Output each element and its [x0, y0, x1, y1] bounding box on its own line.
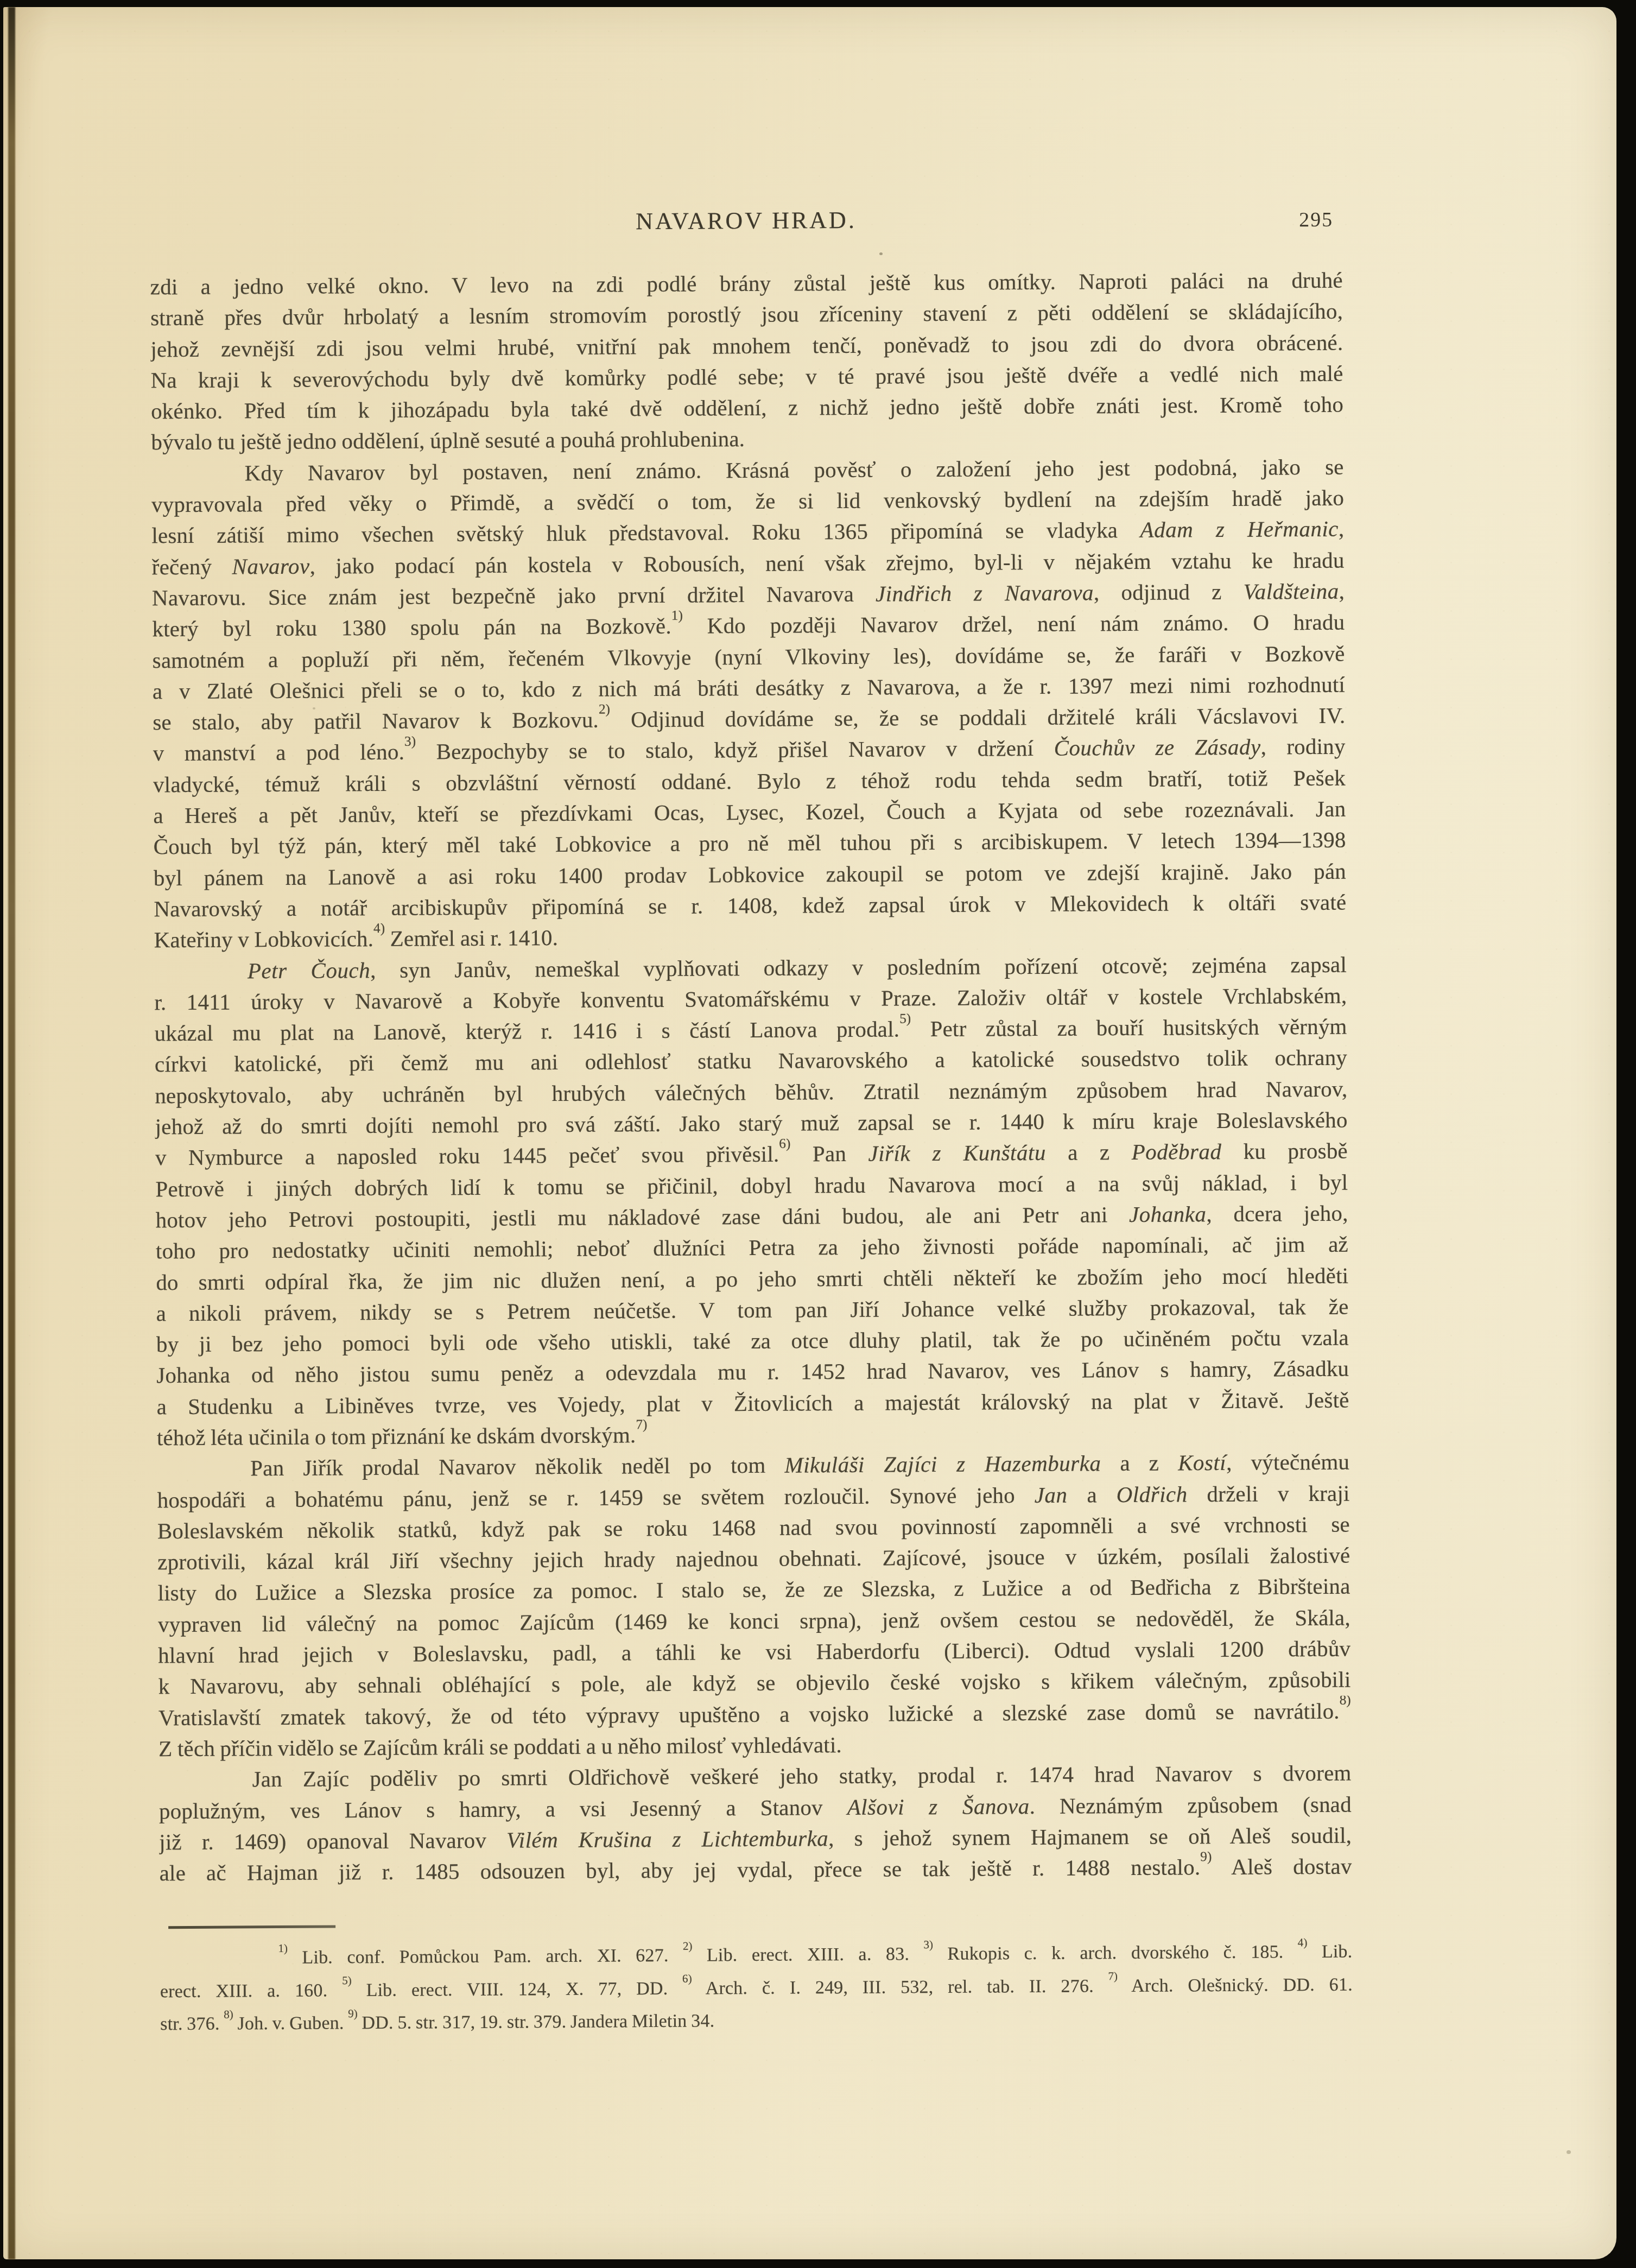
text-run: Lib. conf. Pomůckou Pam. arch. XI. 627.: [288, 1946, 683, 1968]
text-line: ale ač Hajman již r. 1485 odsouzen byl, …: [159, 1851, 1352, 1889]
text-line: erect. XIII. a. 160. 5) Lib. erect. VIII…: [160, 1968, 1353, 2008]
text-run: , s jehož synem Hajmanem se oň Aleš soud…: [828, 1822, 1352, 1851]
footnotes: 1) Lib. conf. Pomůckou Pam. arch. XI. 62…: [160, 1936, 1353, 2041]
text-run: Arch. Olešnický. DD. 61.: [1118, 1974, 1353, 1995]
footnote-marker: 9): [348, 2007, 358, 2020]
italic-name: Mikuláši Zajíci z Hazemburka: [784, 1451, 1101, 1478]
footnote-marker: 7): [1108, 1969, 1118, 1982]
italic-name: Jindřich z Navarova: [876, 580, 1094, 606]
text-run: Pan Jiřík prodal Navarov několik neděl p…: [250, 1453, 784, 1481]
text-run: Boleslavském několik statků, když pak se…: [157, 1512, 1350, 1544]
text-run: vypraven lid válečný na pomoc Zajícům (1…: [158, 1605, 1350, 1637]
paragraph: Petr Čouch, syn Janův, nemeškal vyplňova…: [154, 949, 1349, 1453]
text-run: Kateřiny v Lobkovicích.: [154, 926, 374, 952]
text-run: Čouch byl týž pán, který měl také Lobkov…: [154, 827, 1346, 859]
text-run: neposkytovalo, aby uchráněn byl hrubých …: [155, 1076, 1347, 1108]
text-run: církvi katolické, při čemž mu ani odlehl…: [155, 1045, 1347, 1077]
text-run: Johanka od něho jistou sumu peněz a odev…: [156, 1356, 1349, 1388]
text-run: Petrově i jiných dobrých lidí k tomu se …: [155, 1169, 1348, 1201]
paragraph: Pan Jiřík prodal Navarov několik neděl p…: [157, 1447, 1351, 1765]
text-run: Zemřel asi r. 1410.: [385, 925, 558, 951]
text-line: str. 376. 8) Joh. v. Guben. 9) DD. 5. st…: [160, 2001, 1353, 2041]
italic-name: Čouchův ze Zásady: [1054, 734, 1260, 761]
paragraph: Kdy Navarov byl postaven, není známo. Kr…: [151, 451, 1347, 955]
text-run: lesní zátiší mimo všechen světský hluk p…: [151, 517, 1140, 548]
text-run: Navarovu. Sice znám jest bezpečně jako p…: [152, 581, 876, 611]
footnote-marker: 9): [1200, 1851, 1212, 1864]
text-run: samotném a popluží při něm, řečeném Vlko…: [153, 641, 1345, 673]
text-run: listy do Lužice a Slezska prosíce za pom…: [157, 1574, 1350, 1606]
text-run: Navarovský a notář arcibiskupův připomín…: [154, 890, 1346, 922]
text-run: drželi v kraji: [1188, 1480, 1350, 1506]
italic-name: Jiřík z Kunštátu: [868, 1140, 1046, 1166]
text-run: hlavní hrad jejich v Boleslavsku, padl, …: [158, 1636, 1350, 1668]
footnote-marker: 5): [899, 1011, 911, 1026]
text-run: do smrti odpíral řka, že jim nic dlužen …: [156, 1263, 1348, 1295]
text-run: , jako podací pán kostela v Robousích, n…: [310, 547, 1345, 578]
text-run: v Nymburce a naposled roku 1445 pečeť sv…: [155, 1142, 779, 1170]
page-number: 295: [1299, 208, 1333, 233]
text-run: ku prosbě: [1221, 1138, 1348, 1164]
text-run: DD. 5. str. 317, 19. str. 379. Jandera M…: [358, 2011, 715, 2033]
italic-name: Johanka: [1129, 1201, 1207, 1227]
text-run: , rodiny: [1261, 734, 1346, 759]
text-run: k Navarovu, aby sehnali obléhající s pol…: [158, 1667, 1350, 1699]
text-run: ale ač Hajman již r. 1485 odsouzen byl, …: [159, 1854, 1200, 1885]
text-run: jehož až do smrti dojíti nemohl pro svá …: [155, 1107, 1348, 1139]
text-run: Aleš dostav: [1212, 1854, 1352, 1879]
italic-name: Alšovi z Šanova: [847, 1794, 1029, 1820]
text-run: vypravovala před věky o Přimdě, a svědčí…: [151, 485, 1344, 517]
text-run: , odjinud z: [1094, 579, 1244, 605]
text-run: zdi a jedno velké okno. V levo na zdi po…: [150, 268, 1343, 300]
footnote-marker: 3): [923, 1938, 933, 1951]
text-run: Na kraji k severovýchodu byly dvě komůrk…: [151, 361, 1343, 393]
text-run: Petr zůstal za bouří husitských věrným: [911, 1014, 1347, 1042]
italic-name: Petr Čouch: [248, 958, 370, 983]
text-run: Jan Zajíc poděliv po smrti Oldřichově ve…: [252, 1760, 1351, 1792]
text-run: a nikoli právem, nikdy se s Petrem neúče…: [156, 1294, 1348, 1326]
text-run: a v Zlaté Olešnici přeli se o to, kdo z …: [153, 672, 1345, 704]
text-run: se stalo, aby patřil Navarov k Bozkovu.: [153, 707, 599, 735]
italic-name: Adam z Heřmanic: [1140, 516, 1339, 542]
footnote-marker: 6): [682, 1972, 692, 1985]
text-run: již r. 1469) opanoval Navarov: [159, 1827, 506, 1854]
book-page: NAVAROV HRAD. 295 zdi a jedno velké okno…: [3, 7, 1616, 2259]
italic-name: Valdšteina: [1244, 579, 1339, 604]
text-run: straně přes dvůr hrbolatý a lesním strom…: [150, 299, 1343, 331]
scan-speck: [1567, 2150, 1571, 2154]
text-run: Bezpochyby se to stalo, když přišel Nava…: [416, 736, 1054, 764]
page-fold-line: [8, 7, 15, 2259]
text-run: , výtečnému: [1226, 1449, 1349, 1475]
footnote-marker: 4): [1298, 1936, 1308, 1949]
text-run: r. 1411 úroky v Navarově a Kobyře konven…: [154, 983, 1347, 1015]
text-run: str. 376.: [160, 2014, 224, 2035]
paragraph: zdi a jedno velké okno. V levo na zdi po…: [150, 265, 1344, 458]
scan-speck: [879, 252, 883, 255]
footnote-marker: 5): [342, 1974, 352, 1987]
text-run: který byl roku 1380 spolu pán na Bozkově…: [152, 613, 671, 642]
text-run: ,: [1339, 579, 1345, 604]
text-run: , dcera jeho,: [1206, 1201, 1348, 1227]
text-run: . Neznámým způsobem (snad: [1029, 1791, 1352, 1818]
text-run: Lib.: [1307, 1942, 1352, 1962]
text-run: Odjinud dovídáme se, že se poddali držit…: [610, 703, 1345, 732]
text-run: Vratislavští zmatek takový, že od této v…: [158, 1698, 1340, 1730]
text-run: v manství a pod léno.: [153, 739, 405, 766]
text-run: erect. XIII. a. 160.: [160, 1980, 343, 2001]
italic-name: Oldřich: [1116, 1481, 1187, 1507]
italic-name: Jan: [1035, 1482, 1068, 1507]
text-run: a: [1067, 1482, 1116, 1507]
text-run: téhož léta učinila o tom přiznání ke dsk…: [157, 1422, 636, 1450]
footnote-marker: 8): [224, 2007, 233, 2020]
text-run: byl pánem na Lanově a asi roku 1400 prod…: [154, 858, 1346, 890]
footnote-marker: 8): [1340, 1695, 1351, 1708]
italic-name: Kostí: [1178, 1450, 1226, 1475]
page-content: NAVAROV HRAD. 295 zdi a jedno velké okno…: [149, 4, 1354, 2263]
text-run: jehož zevnější zdi jsou velmi hrubé, vni…: [150, 330, 1343, 362]
paragraph: Jan Zajíc poděliv po smrti Oldřichově ve…: [158, 1758, 1352, 1889]
text-run: Kdy Navarov byl postaven, není známo. Kr…: [245, 454, 1344, 485]
text-run: ukázal mu plat na Lanově, kterýž r. 1416…: [155, 1017, 900, 1046]
text-run: hotov jeho Petrovi postoupiti, jestli mu…: [156, 1202, 1130, 1232]
text-run: Arch. č. I. 249, III. 532, rel. tab. II.…: [692, 1976, 1108, 1998]
footnote-rule: [168, 1925, 335, 1929]
italic-name: Navarov: [232, 553, 309, 579]
text-run: Lib. erect. VIII. 124, X. 77, DD.: [352, 1978, 683, 2000]
running-title: NAVAROV HRAD.: [150, 204, 1342, 239]
text-run: vladycké, témuž králi s obzvláštní věrno…: [153, 765, 1346, 797]
text-run: řečený: [152, 554, 232, 579]
text-run: okénko. Před tím k jihozápadu byla také …: [151, 392, 1343, 424]
text-run: Rukopis c. k. arch. dvorského č. 185.: [933, 1942, 1298, 1964]
text-run: Joh. v. Guben.: [233, 2013, 348, 2033]
italic-name: Vilém Krušina z Lichtemburka: [506, 1826, 828, 1852]
text-run: Lib. erect. XIII. a. 83.: [692, 1944, 923, 1965]
text-run: Pan: [790, 1141, 868, 1167]
body-text: zdi a jedno velké okno. V levo na zdi po…: [150, 265, 1352, 1889]
text-run: toho pro nedostatky učiniti nemohli; neb…: [156, 1232, 1348, 1264]
text-run: a z: [1101, 1450, 1178, 1476]
scan-background: { "document": { "header": { "title": "NA…: [0, 0, 1636, 2268]
text-run: Z těch příčin vidělo se Zajícům králi se…: [158, 1732, 842, 1761]
footnote-marker: 1): [278, 1942, 288, 1955]
text-run: zprotivili, kázal král Jiří všechny jeji…: [157, 1543, 1350, 1575]
text-run: a Hereš a pět Janův, kteří se přezdívkam…: [153, 796, 1346, 828]
text-run: a Studenku a Libiněves tvrze, ves Vojedy…: [156, 1387, 1349, 1419]
text-run: bývalo tu ještě jedno oddělení, úplně se…: [151, 427, 745, 455]
text-run: ,: [1339, 516, 1345, 541]
text-run: hospodáři a bohatému pánu, jenž se r. 14…: [157, 1483, 1034, 1512]
text-run: poplužným, ves Lánov s hamry, a vsi Jese…: [159, 1795, 847, 1823]
text-run: by ji bez jeho pomoci byli ode všeho uti…: [156, 1325, 1349, 1357]
scan-speck: [313, 707, 315, 709]
text-run: Kdo později Navarov držel, není nám znám…: [683, 610, 1345, 638]
text-run: , syn Janův, nemeškal vyplňovati odkazy …: [370, 952, 1347, 982]
italic-name: Poděbrad: [1132, 1139, 1222, 1164]
footnote-marker: 2): [683, 1939, 693, 1952]
text-run: a z: [1046, 1139, 1132, 1165]
